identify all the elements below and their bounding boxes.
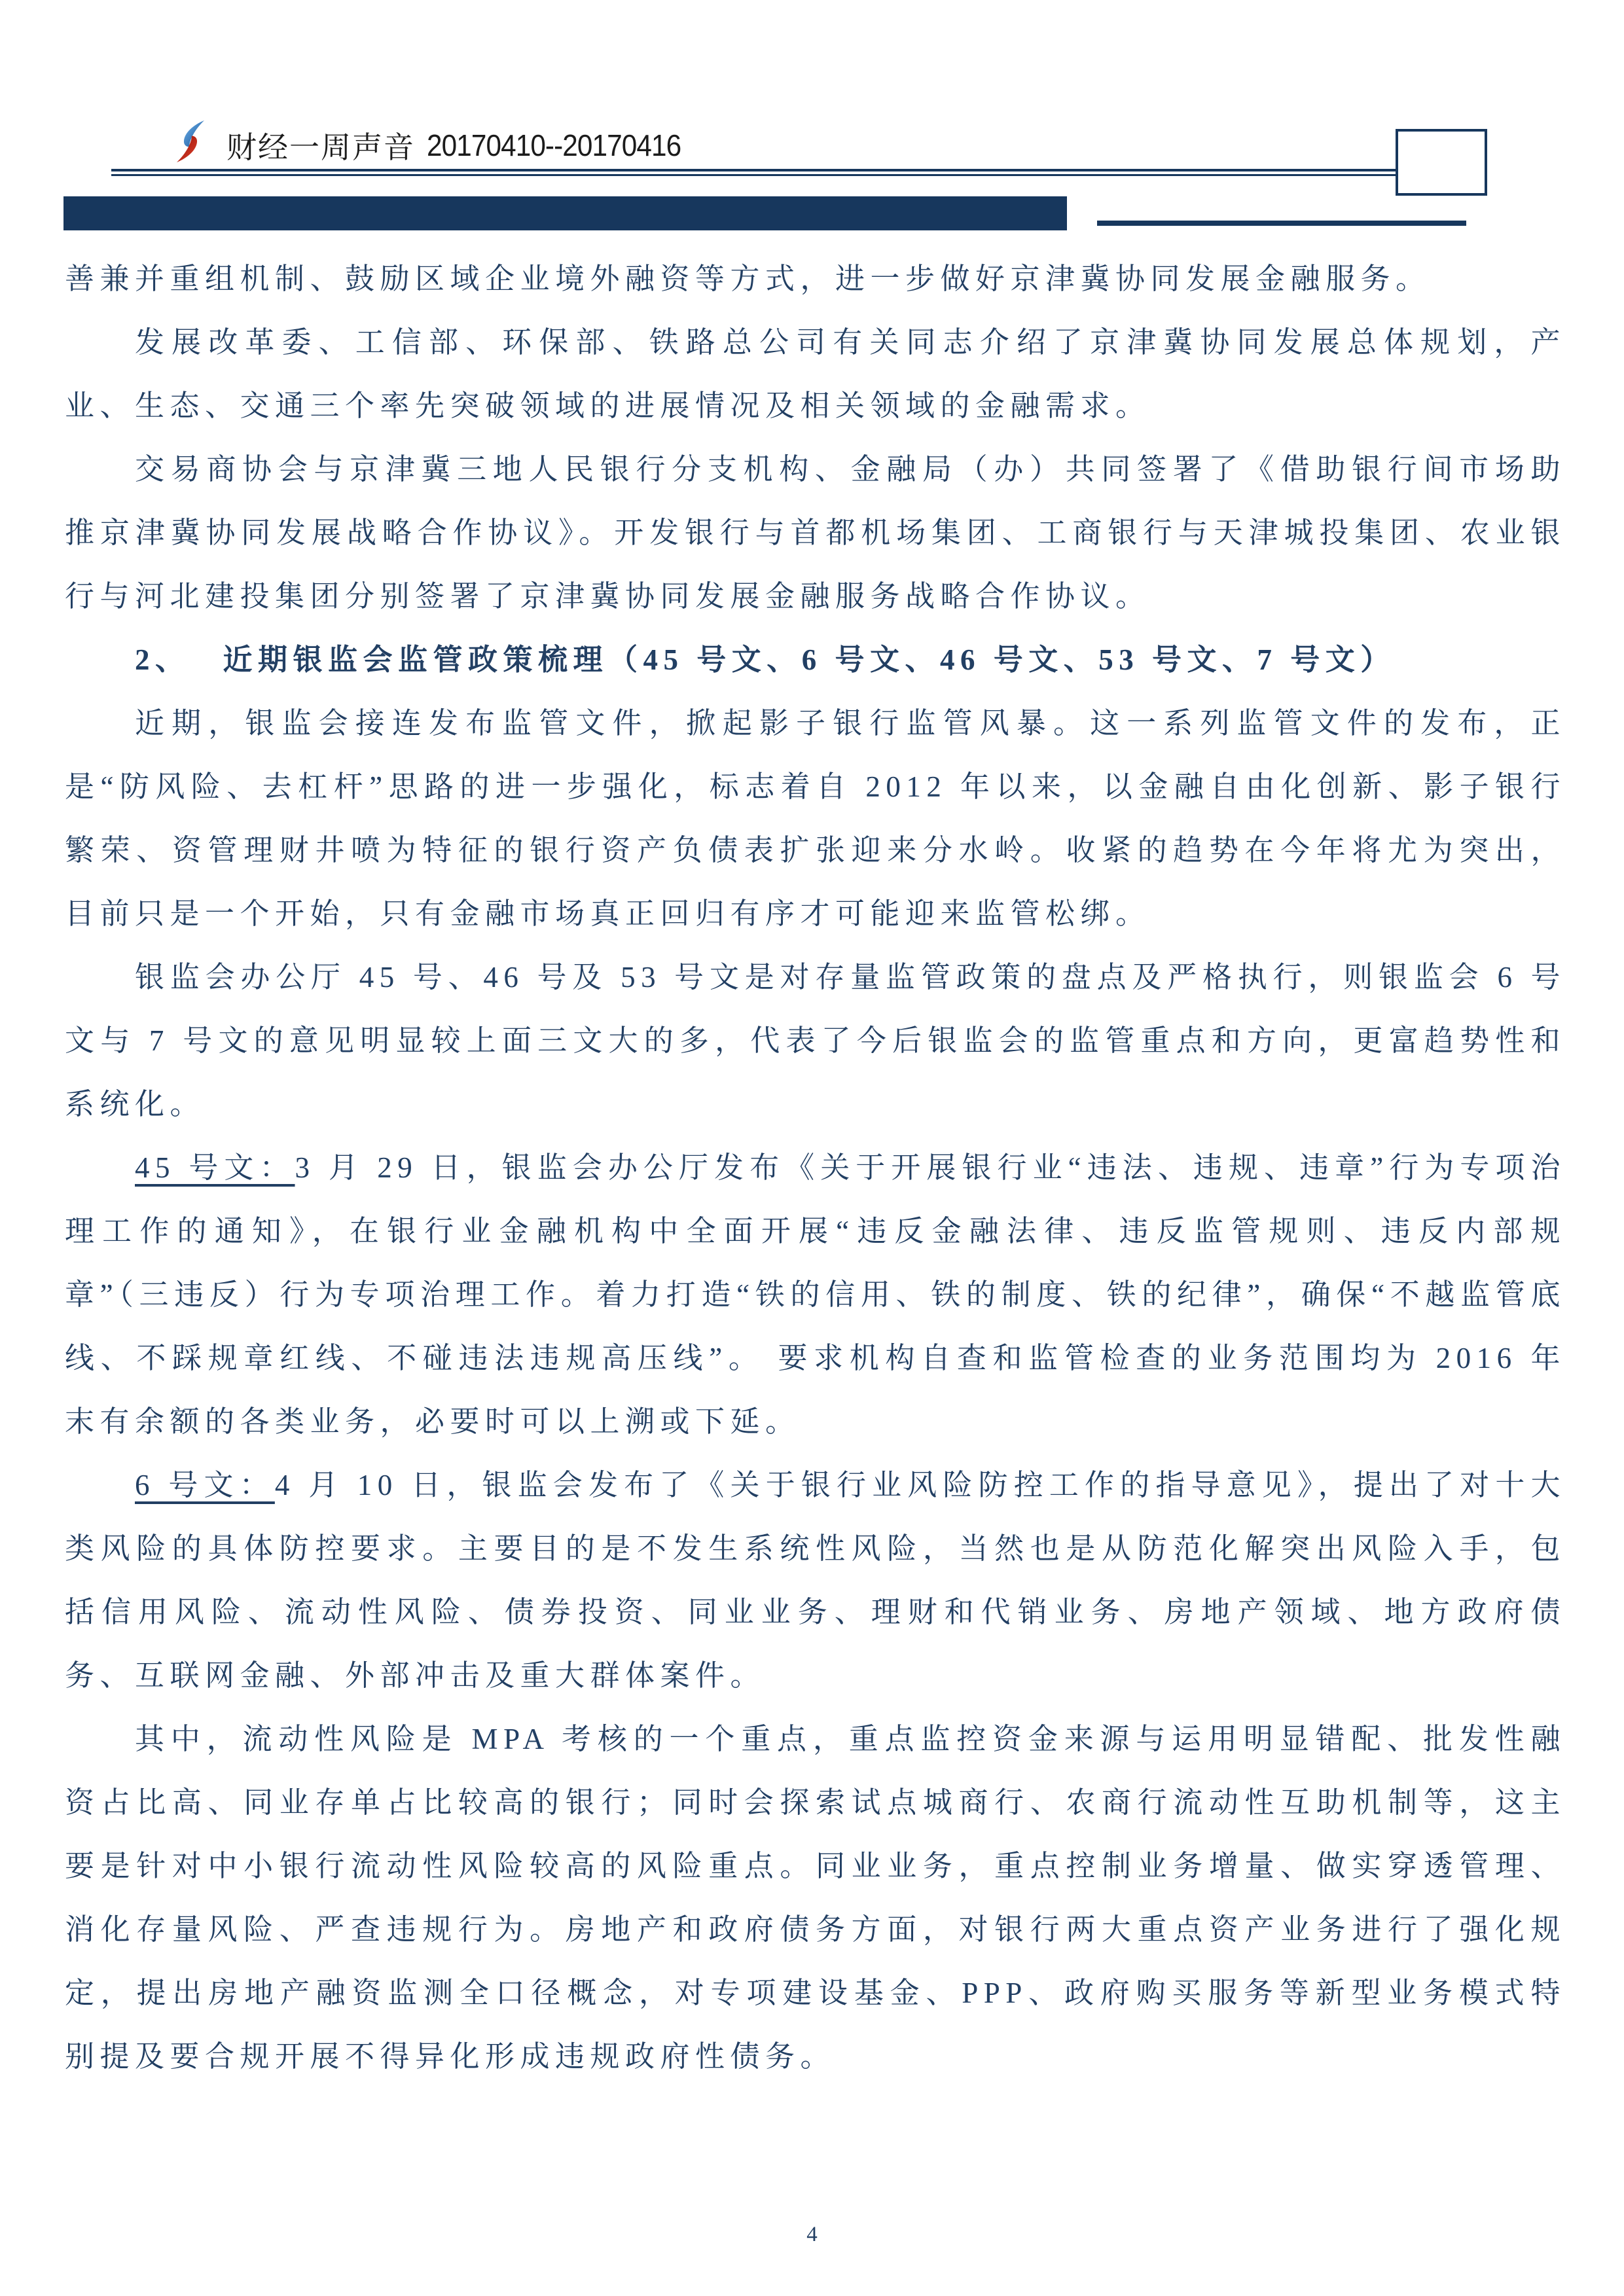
- document-title: 财经一周声音 20170410--20170416: [226, 126, 703, 165]
- header-double-rule: [111, 169, 1485, 176]
- paragraph: 近期，银监会接连发布监管文件，掀起影子银行监管风暴。这一系列监管文件的发布，正是…: [65, 692, 1566, 946]
- doc45-underlined-lead: 45 号文：: [135, 1151, 295, 1184]
- paragraph: 银监会办公厅 45 号、46 号及 53 号文是对存量监管政策的盘点及严格执行，…: [65, 946, 1566, 1136]
- doc45-text: 3 月 29 日，银监会办公厅发布《关于开展银行业“违法、违规、违章”行为专项治…: [65, 1151, 1566, 1438]
- header-navy-line: [1097, 221, 1466, 226]
- section-heading-number: 2、: [135, 643, 190, 676]
- document-title-dates: 20170410--20170416: [427, 128, 681, 163]
- paragraph: 交易商协会与京津冀三地人民银行分支机构、金融局（办）共同签署了《借助银行间市场助…: [65, 438, 1566, 628]
- brand-logo-icon: [174, 120, 207, 162]
- paragraph: 发展改革委、工信部、环保部、铁路总公司有关同志介绍了京津冀协同发展总体规划，产业…: [65, 311, 1566, 438]
- paragraph-doc45: 45 号文：3 月 29 日，银监会办公厅发布《关于开展银行业“违法、违规、违章…: [65, 1136, 1566, 1454]
- document-page: 财经一周声音 20170410--20170416 善兼并重组机制、鼓励区域企业…: [0, 0, 1624, 2296]
- page-number: 4: [806, 2223, 818, 2246]
- section-heading: 2、近期银监会监管政策梳理（45 号文、6 号文、46 号文、53 号文、7 号…: [65, 628, 1566, 692]
- doc6-underlined-lead: 6 号文：: [135, 1469, 275, 1501]
- paragraph-continuation: 善兼并重组机制、鼓励区域企业境外融资等方式，进一步做好京津冀协同发展金融服务。: [65, 247, 1566, 311]
- paragraph-doc6: 6 号文：4 月 10 日，银监会发布了《关于银行业风险防控工作的指导意见》，提…: [65, 1454, 1566, 1708]
- page-footer: 4: [0, 2223, 1624, 2247]
- paragraph: 其中，流动性风险是 MPA 考核的一个重点，重点监控资金来源与运用明显错配、批发…: [65, 1708, 1566, 2089]
- header-navy-bar: [63, 196, 1067, 230]
- doc6-text: 4 月 10 日，银监会发布了《关于银行业风险防控工作的指导意见》，提出了对十大…: [65, 1469, 1566, 1692]
- document-title-cn: 财经一周声音: [226, 124, 415, 167]
- section-heading-text: 近期银监会监管政策梳理（45 号文、6 号文、46 号文、53 号文、7 号文）: [223, 643, 1396, 676]
- document-body: 善兼并重组机制、鼓励区域企业境外融资等方式，进一步做好京津冀协同发展金融服务。 …: [65, 247, 1566, 2089]
- header-corner-box: [1396, 129, 1487, 196]
